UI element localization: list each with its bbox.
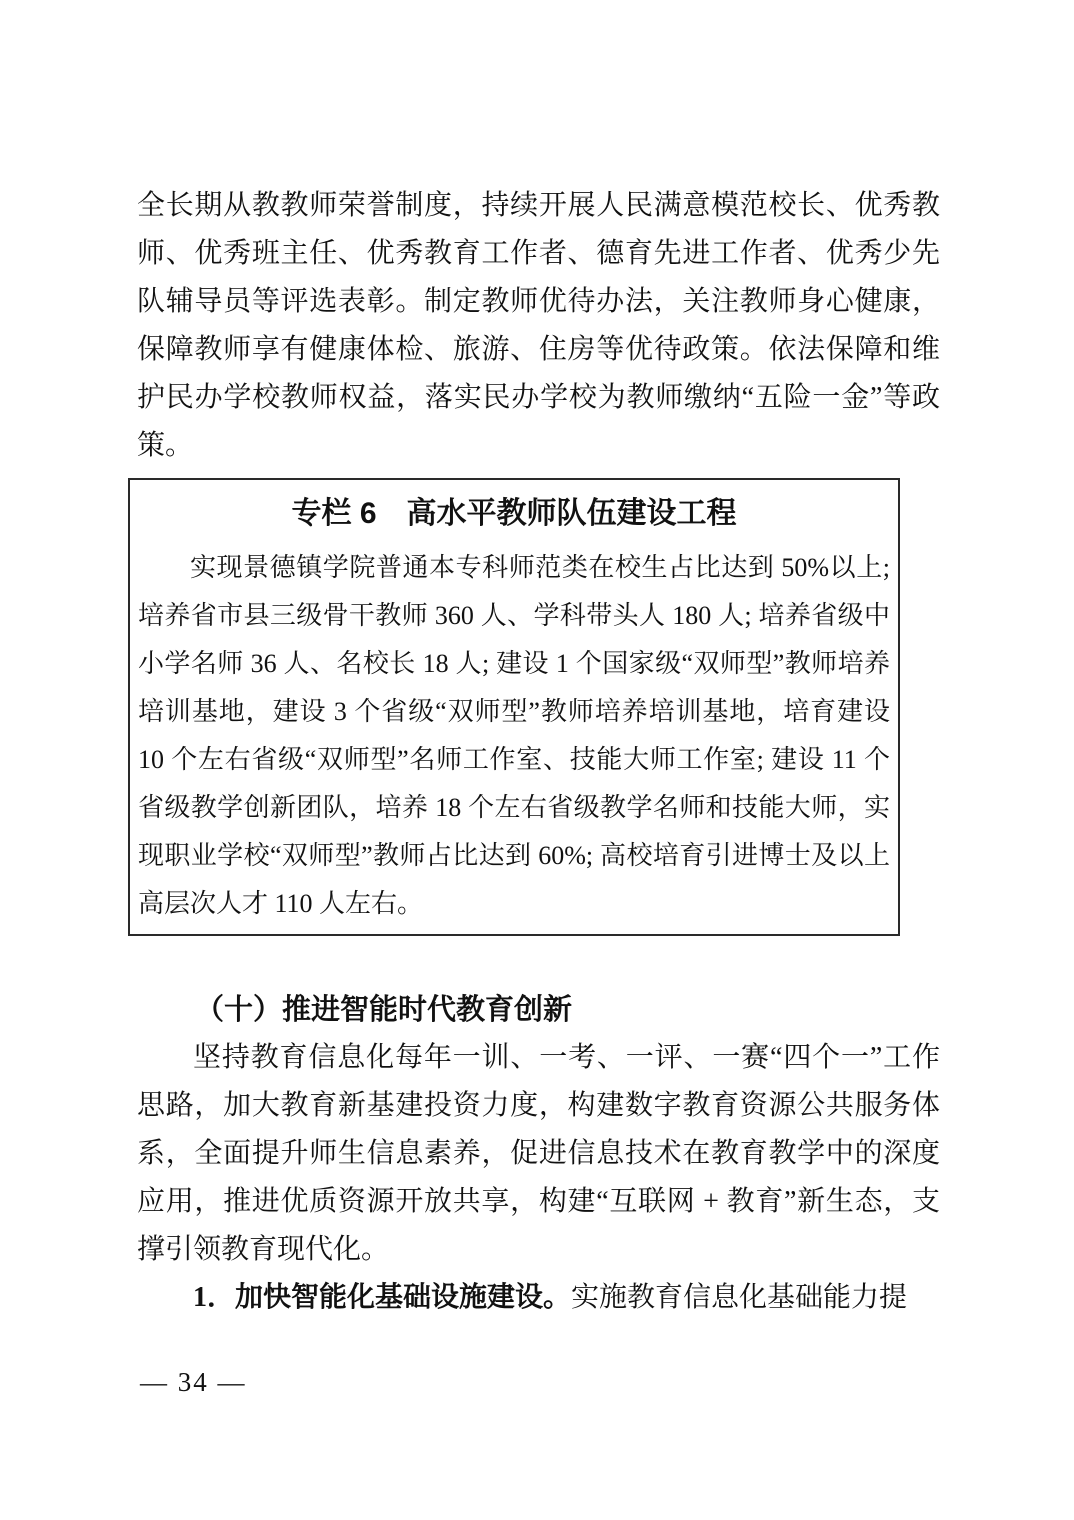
numbered-item-lead: 1．加快智能化基础设施建设。 [193,1282,571,1313]
paragraph-teacher-honors: 全长期从教教师荣誉制度，持续开展人民满意模范校长、优秀教师、优秀班主任、优秀教育… [137,182,940,470]
paragraph-informatization: 坚持教育信息化每年一训、一考、一评、一赛“四个一”工作思路，加大教育新基建投资力… [137,1034,940,1274]
document-page: 全长期从教教师荣誉制度，持续开展人民满意模范校长、优秀教师、优秀班主任、优秀教育… [0,0,1074,1520]
paragraph-smart-infrastructure: 1．加快智能化基础设施建设。实施教育信息化基础能力提 [137,1274,940,1322]
numbered-item-rest: 实施教育信息化基础能力提 [571,1282,907,1313]
callout-box-title: 专栏 6 高水平教师队伍建设工程 [138,488,890,540]
callout-box-body: 实现景德镇学院普通本专科师范类在校生占比达到 50%以上; 培养省市县三级骨干教… [138,544,890,928]
page-number: — 34 — [140,1362,247,1402]
callout-box-zhuanlan-6: 专栏 6 高水平教师队伍建设工程 实现景德镇学院普通本专科师范类在校生占比达到 … [128,478,900,936]
page-content: 全长期从教教师荣誉制度，持续开展人民满意模范校长、优秀教师、优秀班主任、优秀教育… [137,182,940,1322]
section-heading-ten: （十）推进智能时代教育创新 [137,986,940,1034]
